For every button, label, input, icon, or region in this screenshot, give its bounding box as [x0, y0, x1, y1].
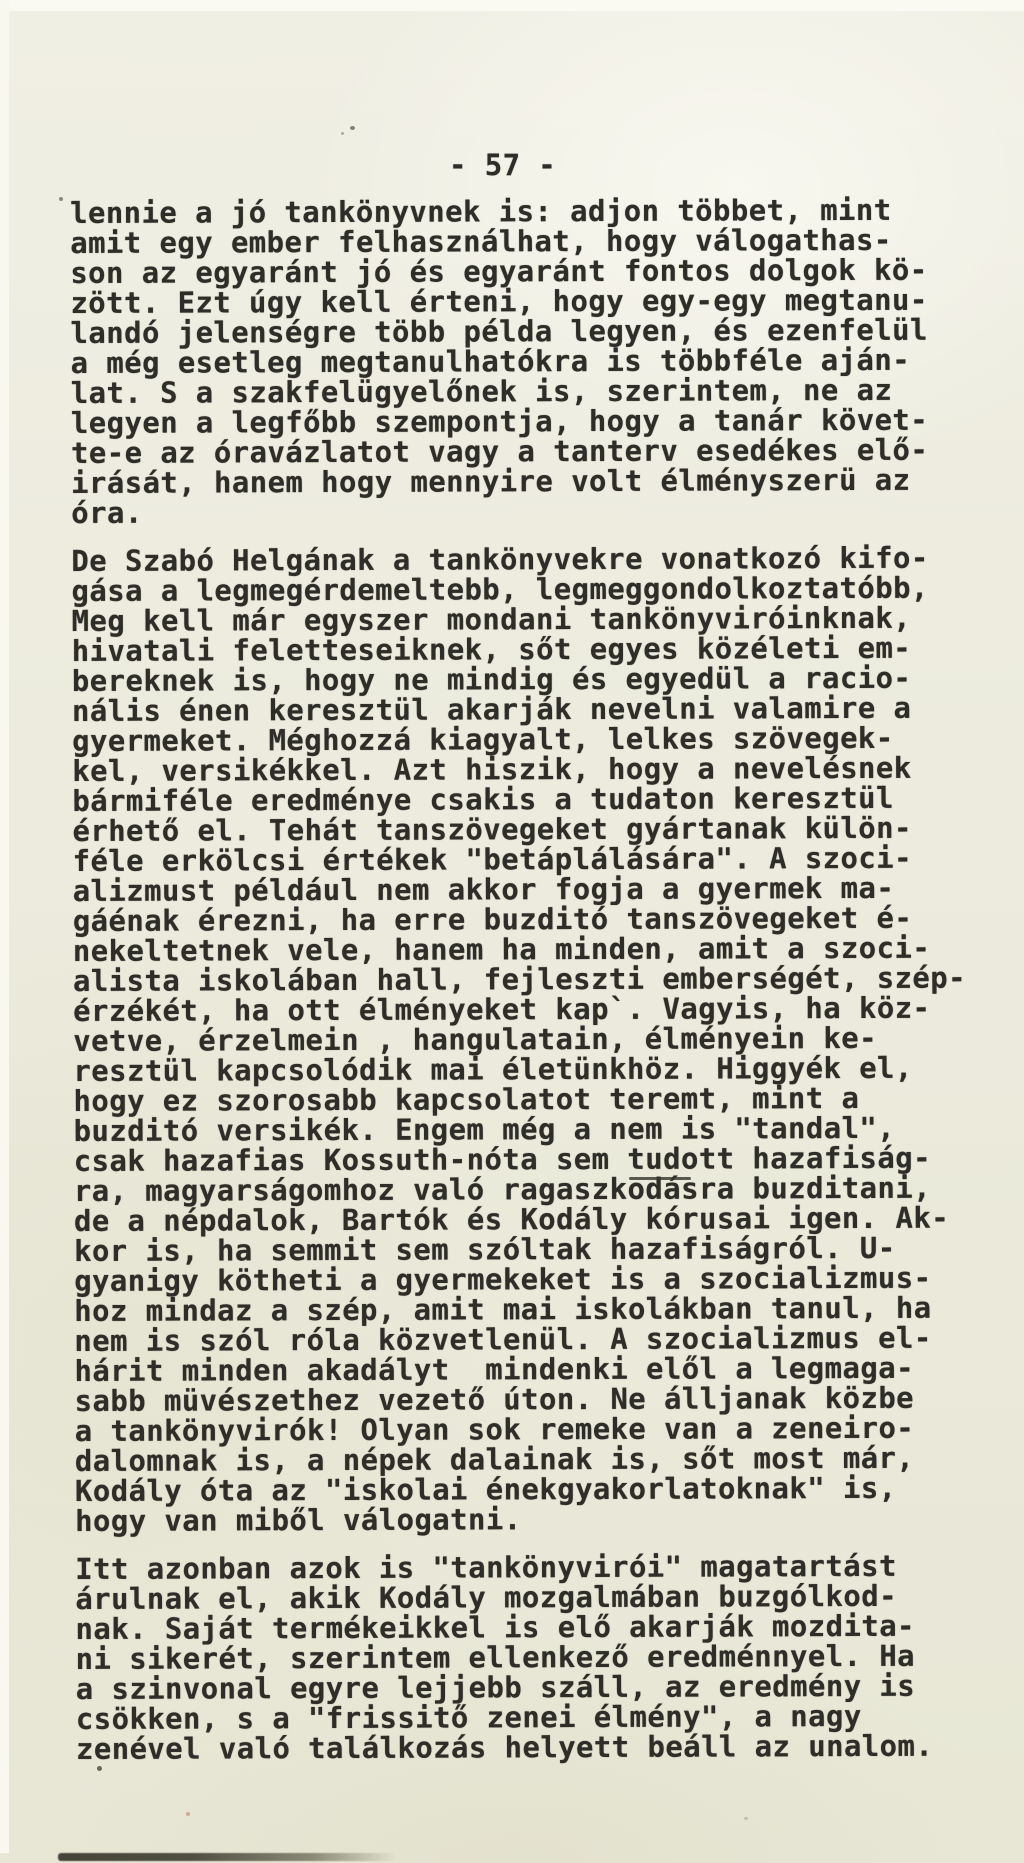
scan-edge-left [0, 0, 9, 1853]
scan-shadow-bottom [58, 1853, 396, 1861]
scan-edge-top [0, 0, 1024, 11]
paragraph-1: lennie a jó tankönyvnek is: adjon többet… [70, 195, 964, 528]
paragraph-3: Itt azonban azok is "tankönyvirói" magat… [75, 1551, 969, 1764]
document-page: - 57 - lennie a jó tankönyvnek is: adjon… [0, 0, 1024, 1863]
paragraph-2: De Szabó Helgának a tankönyvekre vonatko… [71, 543, 968, 1536]
paper-speck [341, 132, 344, 135]
page-number: - 57 - [449, 150, 556, 180]
paper-speck [744, 1817, 748, 1820]
paper-speck [350, 126, 355, 130]
typewriter-underline-mark [629, 1177, 691, 1180]
paper-speck [186, 1812, 190, 1816]
paper-speck [59, 197, 63, 201]
page-text: lennie a jó tankönyvnek is: adjon többet… [70, 195, 969, 1782]
paper-speck [97, 1766, 102, 1771]
